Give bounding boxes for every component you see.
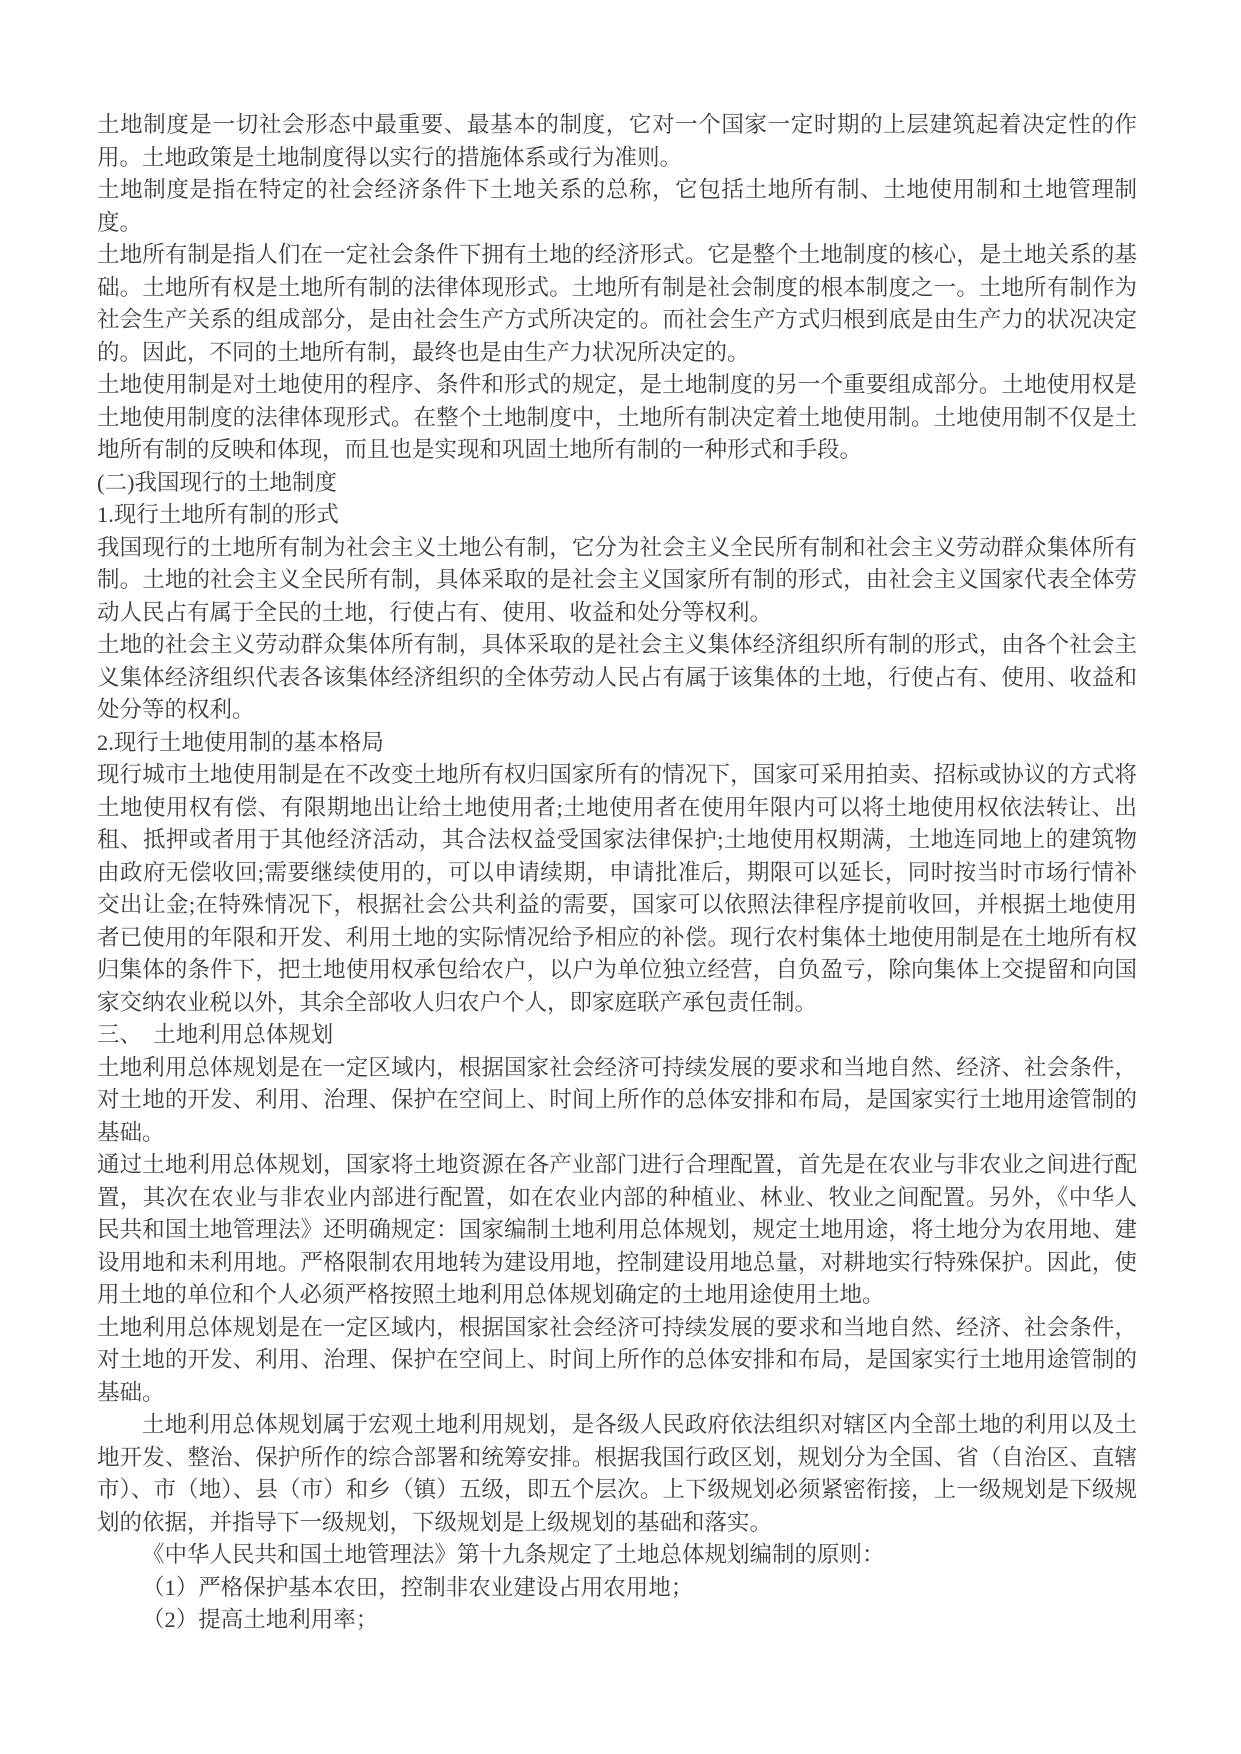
paragraph: （2）提高土地利用率； (97, 1604, 1137, 1637)
paragraph: （1）严格保护基本农田，控制非农业建设占用农用地； (97, 1572, 1137, 1605)
paragraph: 土地制度是一切社会形态中最重要、最基本的制度，它对一个国家一定时期的上层建筑起着… (97, 109, 1137, 174)
paragraph: 土地利用总体规划是在一定区域内，根据国家社会经济可持续发展的要求和当地自然、经济… (97, 1312, 1137, 1410)
paragraph: 土地利用总体规划是在一定区域内，根据国家社会经济可持续发展的要求和当地自然、经济… (97, 1052, 1137, 1150)
paragraph: (二)我国现行的土地制度 (97, 467, 1137, 500)
document-body: 土地制度是一切社会形态中最重要、最基本的制度，它对一个国家一定时期的上层建筑起着… (97, 109, 1137, 1637)
paragraph: 现行城市土地使用制是在不改变土地所有权归国家所有的情况下，国家可采用拍卖、招标或… (97, 759, 1137, 1019)
paragraph: 土地的社会主义劳动群众集体所有制，具体采取的是社会主义集体经济组织所有制的形式，… (97, 629, 1137, 727)
document-page: 土地制度是一切社会形态中最重要、最基本的制度，它对一个国家一定时期的上层建筑起着… (0, 0, 1241, 1754)
paragraph: 土地所有制是指人们在一定社会条件下拥有土地的经济形式。它是整个土地制度的核心，是… (97, 239, 1137, 369)
paragraph: 土地利用总体规划属于宏观土地利用规划，是各级人民政府依法组织对辖区内全部土地的利… (97, 1409, 1137, 1539)
paragraph: 土地使用制是对土地使用的程序、条件和形式的规定，是土地制度的另一个重要组成部分。… (97, 369, 1137, 467)
paragraph: 我国现行的土地所有制为社会主义土地公有制，它分为社会主义全民所有制和社会主义劳动… (97, 532, 1137, 630)
paragraph: 《中华人民共和国土地管理法》第十九条规定了土地总体规划编制的原则： (97, 1539, 1137, 1572)
paragraph: 土地制度是指在特定的社会经济条件下土地关系的总称，它包括土地所有制、土地使用制和… (97, 174, 1137, 239)
paragraph: 三、 土地利用总体规划 (97, 1019, 1137, 1052)
paragraph: 1.现行土地所有制的形式 (97, 499, 1137, 532)
paragraph: 2.现行土地使用制的基本格局 (97, 727, 1137, 760)
paragraph: 通过土地利用总体规划，国家将土地资源在各产业部门进行合理配置，首先是在农业与非农… (97, 1149, 1137, 1312)
